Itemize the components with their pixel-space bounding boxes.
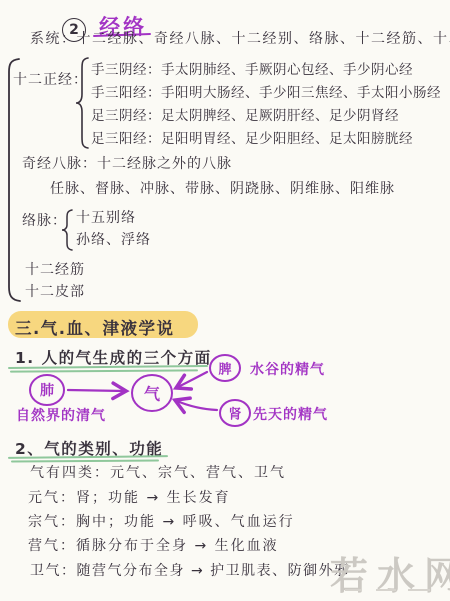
pi-bu-line: 十二皮部	[25, 284, 85, 301]
zheng-jing-line: 足三阳经：足阳明胃经、足少阳胆经、足太阳膀胱经	[91, 127, 413, 147]
watermark: 若水网	[330, 545, 450, 600]
label-food-essence: 水谷的精气	[250, 359, 325, 379]
wei-qi-line: 卫气：随营气分布全身 → 护卫肌表、防御外邪	[30, 563, 350, 580]
qi-types-line: 气有四类：元气、宗气、营气、卫气	[30, 465, 286, 482]
arrow-spleen-to-qi	[178, 372, 207, 387]
zheng-jing-line: 足三阴经：足太阴脾经、足厥阴肝经、足少阴肾经	[91, 104, 399, 124]
green-underline	[11, 459, 159, 462]
yuan-qi-line: 元气：肾；功能 → 生长发育	[28, 490, 231, 507]
zong-qi-line: 宗气：胸中；功能 → 呼吸、气血运行	[28, 514, 295, 531]
luo-mai-item: 孙络、浮络	[76, 232, 151, 249]
label-natural-qi: 自然界的清气	[16, 405, 106, 425]
qi-jing-label: 奇经八脉：十二经脉之外的八脉	[22, 156, 232, 173]
watermark-mark	[376, 589, 396, 591]
luo-mai-item: 十五别络	[76, 210, 136, 227]
arrow-kidney-to-qi	[177, 401, 217, 410]
arrow-lung-to-qi	[68, 390, 124, 391]
qi-jing-list: 任脉、督脉、冲脉、带脉、阴跷脉、阴维脉、阳维脉	[50, 181, 395, 198]
section3-heading: 三.气.血、津液学说	[15, 315, 175, 339]
node-lung: 肺	[40, 380, 54, 400]
zheng-jing-line: 手三阴经：手太阴肺经、手厥阴心包经、手少阴心经	[91, 58, 413, 78]
node-qi: 气	[144, 382, 160, 405]
jing-jin-line: 十二经筋	[25, 262, 85, 279]
watermark-mark	[345, 589, 361, 591]
luo-mai-brace	[61, 209, 75, 251]
watermark-mark	[408, 589, 430, 591]
zheng-jing-brace	[75, 57, 91, 149]
qi-formation-diagram	[0, 340, 450, 440]
label-innate-essence: 先天的精气	[253, 404, 328, 424]
ying-qi-line: 营气：循脉分布于全身 → 生化血液	[28, 538, 279, 555]
zheng-jing-line: 手三阳经：手阳明大肠经、手少阳三焦经、手太阳小肠经	[91, 81, 441, 101]
node-kidney: 肾	[228, 404, 241, 423]
handwritten-notes-page: 2 经络 系统：十二经脉、奇经八脉、十二经别、络脉、十二经筋、十二皮部 十二正经…	[0, 0, 450, 601]
system-line: 系统：十二经脉、奇经八脉、十二经别、络脉、十二经筋、十二皮部	[30, 31, 450, 48]
outer-bracket	[4, 58, 22, 303]
node-spleen: 脾	[218, 359, 231, 378]
